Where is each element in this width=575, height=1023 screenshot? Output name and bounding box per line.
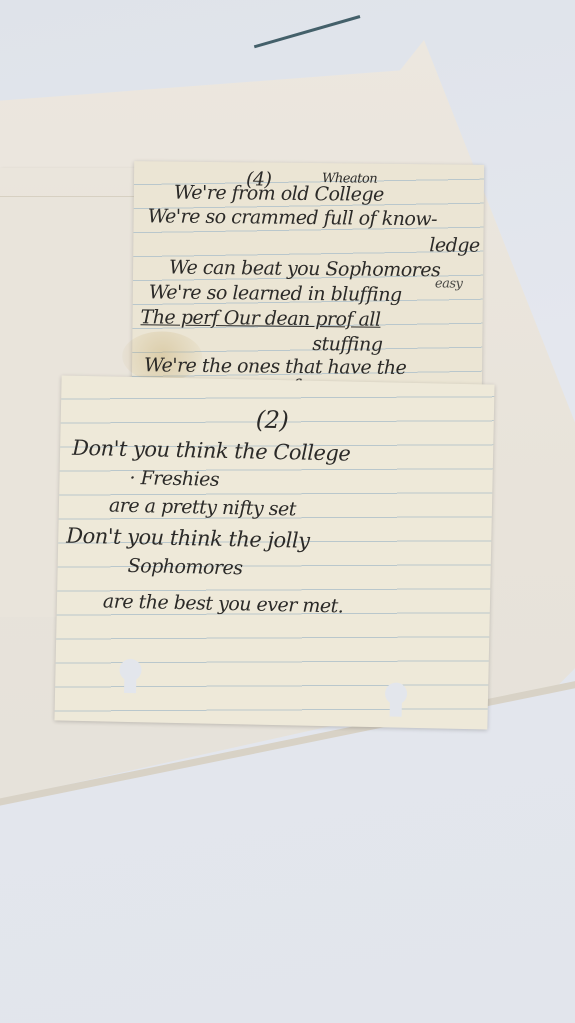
blue-cover-edge xyxy=(254,15,361,48)
card-notch-slot xyxy=(124,675,136,693)
lyric-line: We're the ones that have the xyxy=(144,354,406,379)
card-notch-slot xyxy=(390,698,402,716)
lyric-line: We're so learned in bluffing xyxy=(149,281,402,306)
lyric-line: The perf Our dean prof all xyxy=(140,306,380,331)
lyric-card-4: (4) Wheaton We're from old College We're… xyxy=(132,161,484,395)
lyric-line: Don't you think the College xyxy=(72,436,351,466)
lyric-line: Don't you think the jolly xyxy=(66,524,310,553)
lyric-line: Sophomores xyxy=(127,555,242,579)
lyric-line: are a pretty nifty set xyxy=(109,495,296,521)
insert-mark: easy xyxy=(435,276,463,291)
lyric-card-2: (2) Don't you think the College · Freshi… xyxy=(54,376,494,730)
lyric-line: We can beat you Sophomores xyxy=(169,257,440,282)
lyric-line: stuffing xyxy=(312,333,382,356)
lyric-line: We're from old College xyxy=(174,182,384,206)
lyric-line: are the best you ever met. xyxy=(103,590,344,617)
card-number: (2) xyxy=(255,406,288,435)
lyric-line: · Freshies xyxy=(129,467,219,491)
lyric-line: We're so crammed full of know- xyxy=(148,205,438,230)
lyric-line: ledge xyxy=(429,234,480,257)
